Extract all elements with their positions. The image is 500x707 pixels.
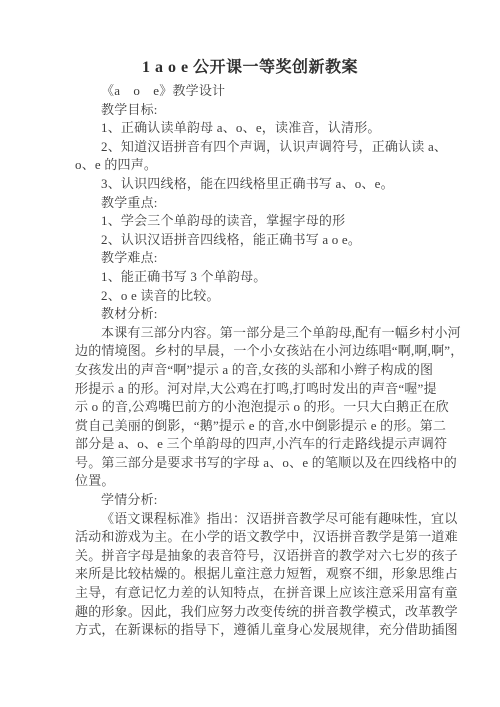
document-line: 《语文课程标准》指出：汉语拼音教学尽可能有趣味性，宜以	[75, 510, 440, 529]
document-line: 3、认识四线格，能在四线格里正确书写 a、o、e。	[75, 175, 440, 194]
document-line: 1、正确认读单韵母 a、o、e，读准音，认清形。	[75, 119, 440, 138]
document-line: 主导，有意记忆力差的认知特点，在拼音课上应该注意采用富有童	[75, 584, 440, 603]
document-line: 1、学会三个单韵母的读音，掌握字母的形	[75, 212, 440, 231]
document-line: 位置。	[75, 472, 440, 491]
document-line: 教材分析:	[75, 305, 440, 324]
document-page: 1 a o e 公开课一等奖创新教案 《a o e》教学设计教学目标:1、正确认…	[0, 0, 500, 707]
document-line: 女孩发出的声音“啊”提示 a 的音,女孩的头部和小辫子构成的图	[75, 361, 440, 380]
document-line: 部分是 a、o、e 三个单韵母的四声,小汽车的行走路线提示声调符	[75, 435, 440, 454]
document-line: 学情分析:	[75, 491, 440, 510]
document-line: 趣的形象。因此，我们应努力改变传统的拼音教学模式，改革教学	[75, 603, 440, 622]
document-line: 边的情境图。乡村的早晨，一个小女孩站在小河边练唱“啊,啊,啊”，	[75, 342, 440, 361]
document-line: 形提示 a 的形。河对岸,大公鸡在打鸣,打鸣时发出的声音“喔”提	[75, 380, 440, 399]
document-line: 2、知道汉语拼音有四个声调，认识声调符号，正确认读 a、	[75, 138, 440, 157]
document-line: 赏自己美丽的倒影，“鹅”提示 e 的音,水中倒影提示 e 的形。第二	[75, 417, 440, 436]
document-line: 关。拼音字母是抽象的表音符号，汉语拼音的教学对六七岁的孩子	[75, 547, 440, 566]
document-line: 示 o 的音,公鸡嘴巴前方的小泡泡提示 o 的形。一只大白鹅正在欣	[75, 398, 440, 417]
document-line: o、e 的四声。	[75, 156, 440, 175]
document-title: 1 a o e 公开课一等奖创新教案	[0, 57, 500, 79]
document-line: 2、o e 读音的比较。	[75, 287, 440, 306]
document-line: 号。第三部分是要求书写的字母 a、o、e 的笔顺以及在四线格中的	[75, 454, 440, 473]
document-line: 本课有三部分内容。第一部分是三个单韵母,配有一幅乡村小河	[75, 324, 440, 343]
document-line: 2、认识汉语拼音四线格，能正确书写 a o e。	[75, 231, 440, 250]
document-line: 1、能正确书写 3 个单韵母。	[75, 268, 440, 287]
document-line: 教学难点:	[75, 249, 440, 268]
document-line: 教学目标:	[75, 101, 440, 120]
document-line: 教学重点:	[75, 194, 440, 213]
document-line: 方式，在新课标的指导下，遵循儿童身心发展规律，充分借助插图	[75, 621, 440, 640]
document-body: 《a o e》教学设计教学目标:1、正确认读单韵母 a、o、e，读准音，认清形。…	[75, 82, 440, 640]
document-line: 活动和游戏为主。在小学的语文教学中，汉语拼音教学是第一道难	[75, 528, 440, 547]
document-line: 《a o e》教学设计	[75, 82, 440, 101]
document-line: 来所是比较枯燥的。根据儿童注意力短暂，观察不细，形象思维占	[75, 565, 440, 584]
